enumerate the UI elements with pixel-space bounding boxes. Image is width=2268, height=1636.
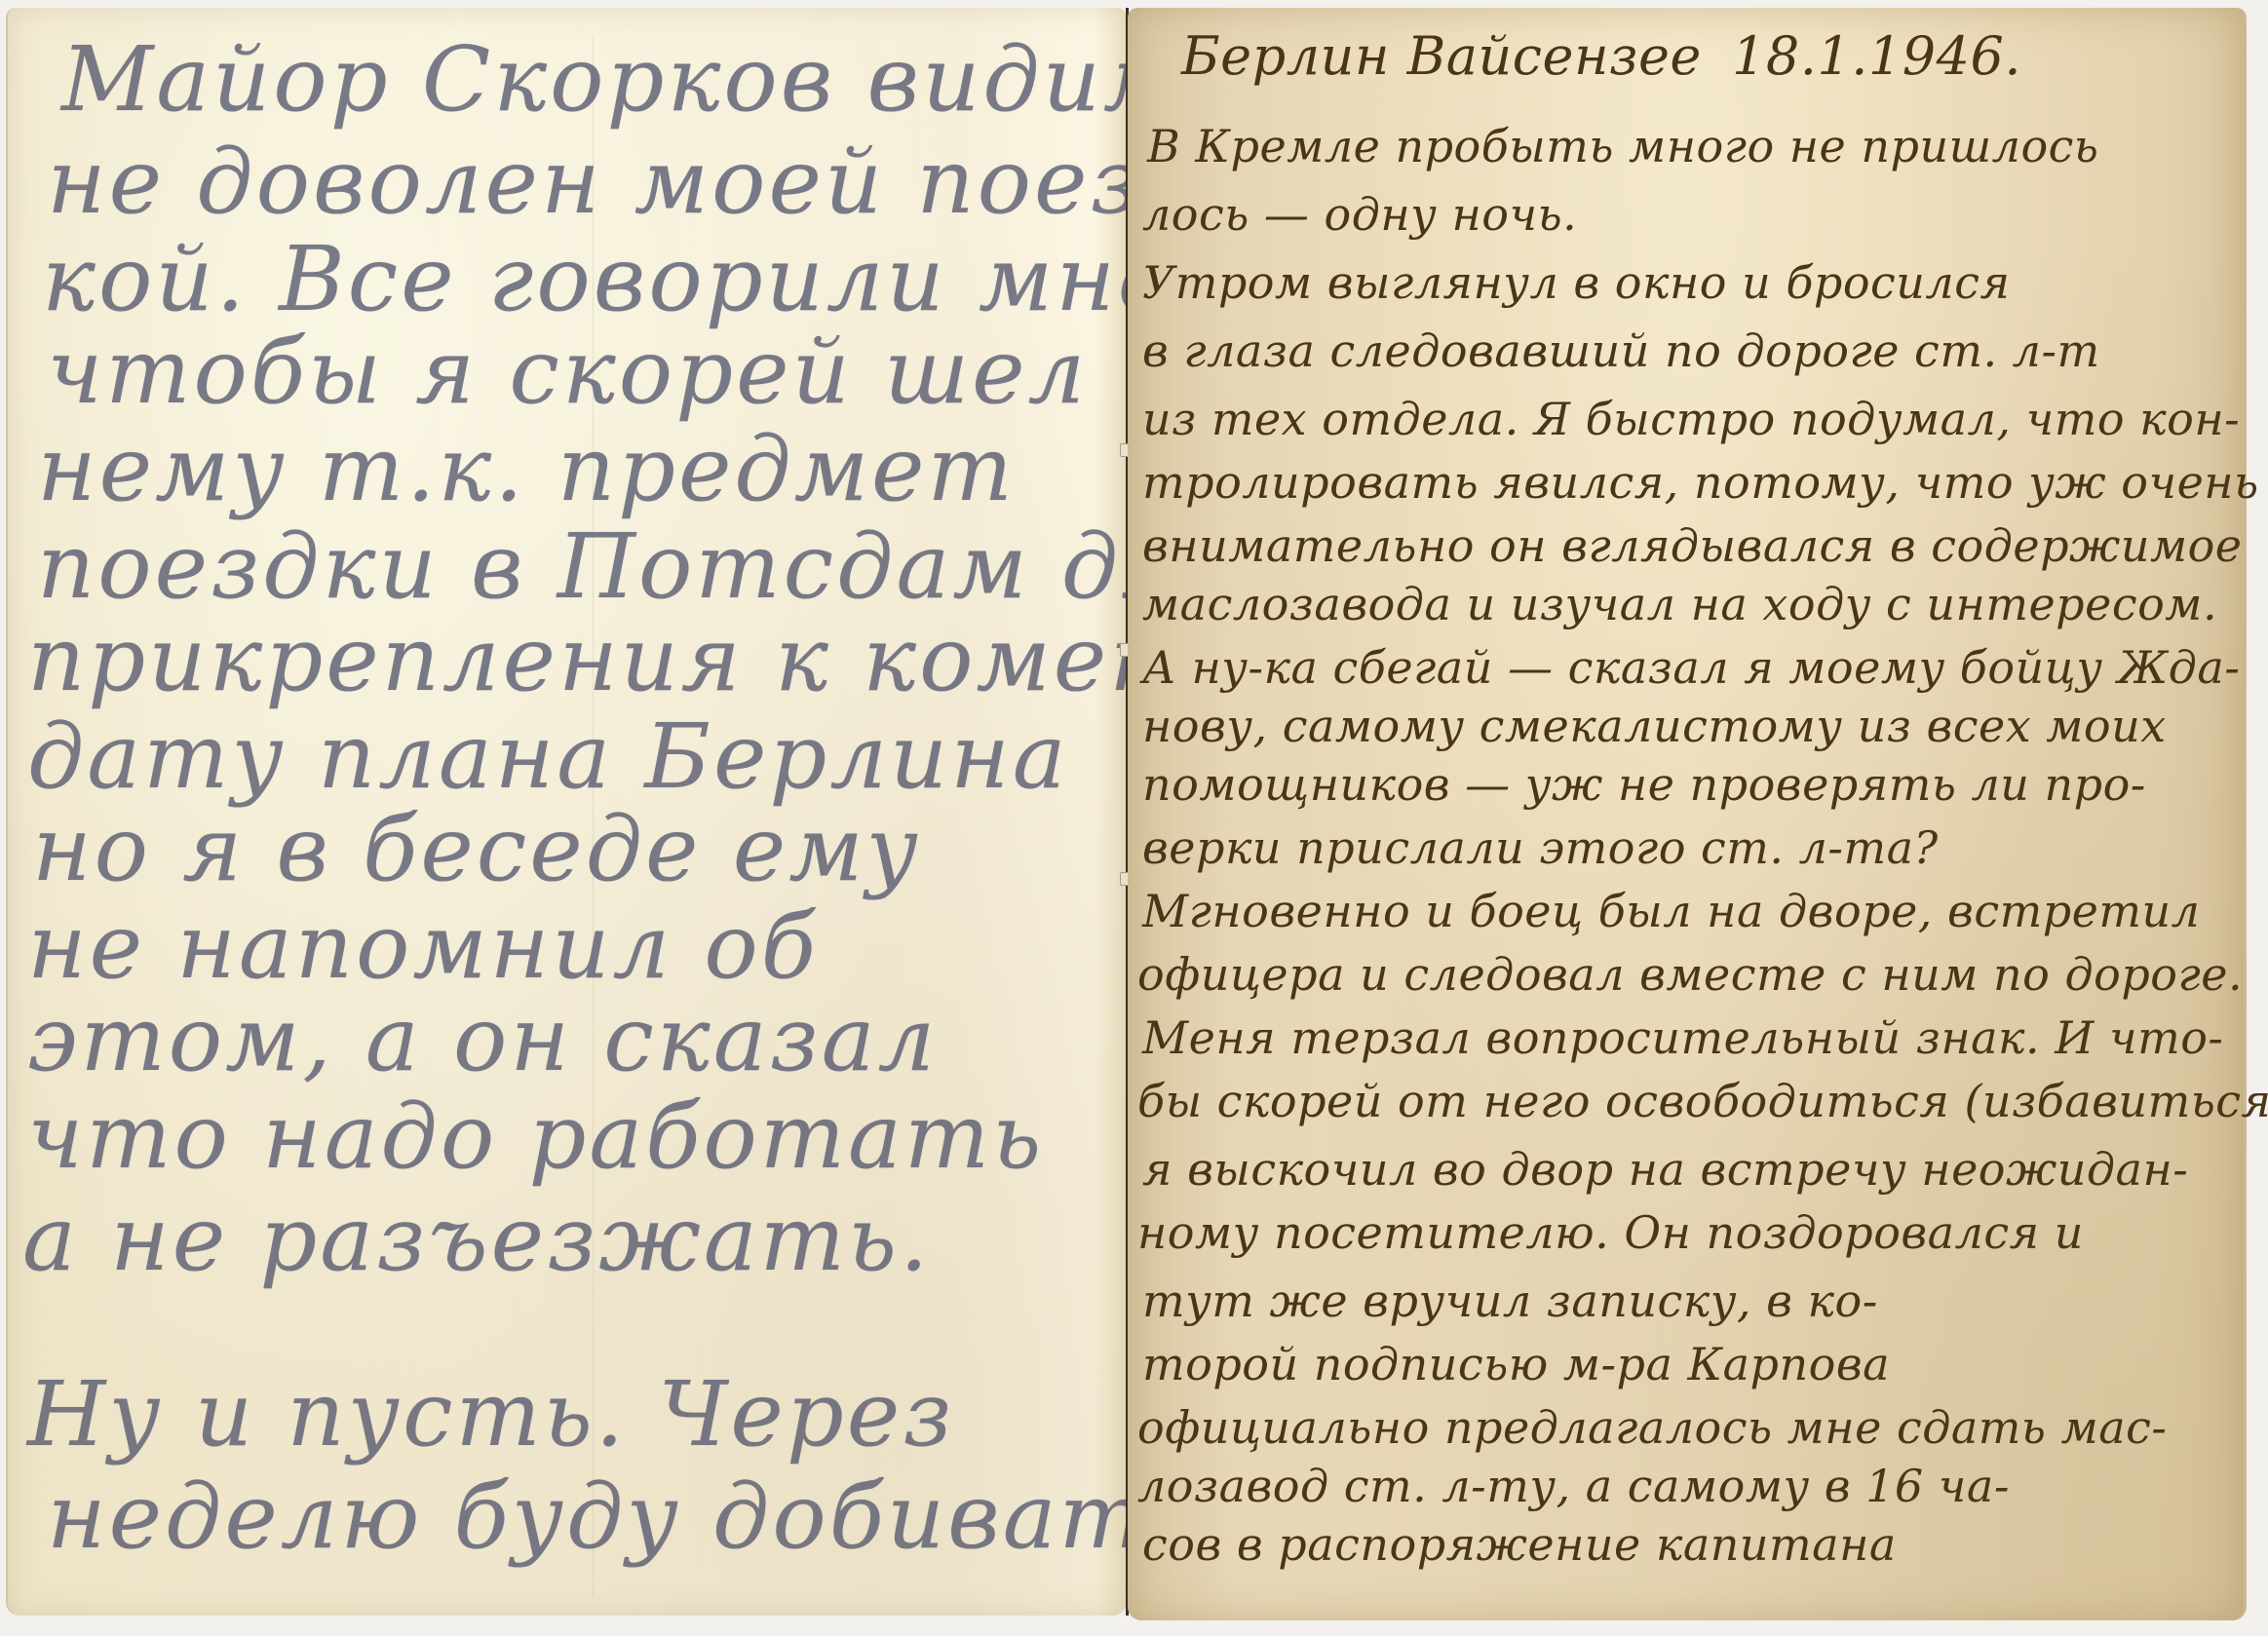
handwritten-line: сов в распоряжение капитана [1142,1518,1897,1571]
right-page-text: Берлин Вайсензее 18.1.1946. В Кремле про… [1128,8,2244,1620]
handwritten-line: чтобы я скорей шел к [47,320,1175,424]
handwritten-line: нему т.к. предмет [37,417,1016,521]
handwritten-line: Меня терзал вопросительный знак. И что- [1142,1011,2223,1064]
handwritten-line: тут же вручил записку, в ко- [1142,1275,1878,1327]
handwritten-line: не напомнил об [27,894,819,999]
handwritten-line: ному посетителю. Он поздоровался и [1137,1206,2084,1259]
diary-date: 18.1.1946. [1732,25,2021,87]
left-page: Майор Скорков видимо не доволен моей пое… [6,8,1127,1616]
handwritten-line: этом, а он сказал [27,987,938,1091]
handwritten-line: маслозавода и изучал на ходу с интересом… [1142,578,2217,630]
handwritten-line: Мгновенно и боец был на дворе, встретил [1142,885,2200,937]
handwritten-line: торой подписью м-ра Карпова [1142,1338,1890,1390]
handwritten-line: поездки в Потсдам для [37,514,1244,619]
handwritten-line: лозавод ст. л-ту, а самому в 16 ча- [1137,1460,2010,1512]
handwritten-line: дату плана Берлина [27,704,1069,809]
handwritten-line: офицера и следовал вместе с ним по дорог… [1137,948,2243,1001]
handwritten-line: бы скорей от него освободиться (избавить… [1137,1075,2268,1127]
handwritten-line: из тех отдела. Я быстро подумал, что кон… [1142,393,2240,445]
right-page: Берлин Вайсензее 18.1.1946. В Кремле про… [1128,8,2247,1620]
handwritten-line: что надо работать [27,1084,1044,1189]
handwritten-line: Утром выглянул в окно и бросился [1142,256,2010,309]
handwritten-line: тролировать явился, потому, что уж очень [1142,456,2259,509]
handwritten-line: неделю буду добиваться [47,1465,1314,1569]
handwritten-line: Ну и пусть. Через [27,1362,954,1466]
notebook-spread: Майор Скорков видимо не доволен моей пое… [0,0,2268,1636]
handwritten-line: помощников — уж не проверять ли про- [1142,758,2146,811]
handwritten-line: официально предлагалось мне сдать мас- [1137,1401,2167,1454]
handwritten-line: внимательно он вглядывался в содержимое [1142,519,2243,572]
handwritten-line: В Кремле пробыть много не пришлось [1147,120,2098,172]
handwritten-line: лось — одну ночь. [1142,188,1577,241]
handwritten-line: а не разъезжать. [22,1187,931,1291]
diary-place: Берлин Вайсензее [1181,25,1702,87]
handwritten-line: А ну-ка сбегай — сказал я моему бойцу Жд… [1142,641,2240,694]
handwritten-line: нову, самому смекалистому из всех моих [1142,700,2167,752]
handwritten-line: Майор Скорков видимо [61,27,1238,132]
handwritten-line: не доволен моей поезд- [47,130,1235,234]
handwritten-line: но я в беседе ему [32,797,921,901]
left-page-text: Майор Скорков видимо не доволен моей пое… [8,8,1127,1616]
handwritten-line: в глаза следовавший по дороге ст. л-т [1142,324,2100,377]
handwritten-line: верки прислали этого ст. л-та? [1142,821,1939,874]
handwritten-line: я выскочил во двор на встречу неожидан- [1142,1143,2188,1196]
handwritten-line: прикрепления к комен- [27,607,1205,711]
handwritten-line: кой. Все говорили мне [42,227,1173,331]
